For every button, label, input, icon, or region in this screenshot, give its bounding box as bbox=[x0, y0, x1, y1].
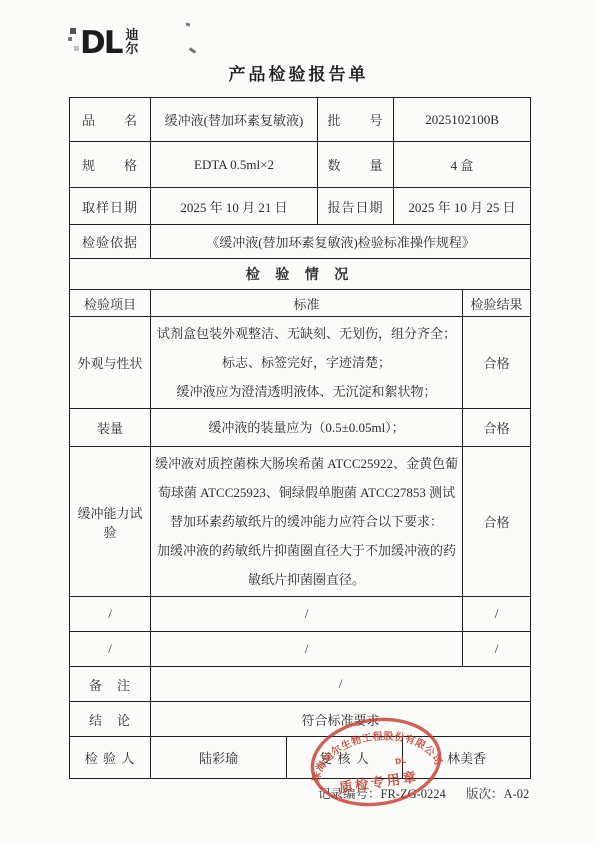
row-dates: 取样日期 2025 年 10 月 21 日 报告日期 2025 年 10 月 2… bbox=[70, 188, 531, 225]
scan-speck bbox=[189, 47, 196, 53]
item-result: / bbox=[463, 597, 531, 632]
qty-label: 数 量 bbox=[318, 142, 394, 188]
version-number: 版次：A-02 bbox=[466, 784, 529, 802]
item-standard: 缓冲液的装量应为（0.5±0.05ml）； bbox=[151, 409, 463, 447]
report-date-label: 报告日期 bbox=[318, 188, 394, 225]
spec-value: EDTA 0.5ml×2 bbox=[151, 142, 318, 188]
record-number: 记录编号：FR-ZG-0224 bbox=[318, 784, 446, 802]
section-title: 检 验 情 况 bbox=[70, 259, 531, 290]
sample-date-value: 2025 年 10 月 21 日 bbox=[151, 188, 318, 225]
item-standard: / bbox=[151, 632, 463, 667]
item-standard: 缓冲液对质控菌株大肠埃希菌 ATCC25922、金黄色葡萄球菌 ATCC2592… bbox=[151, 447, 463, 597]
logo-cn-bottom: 尔 bbox=[126, 42, 139, 56]
conclusion-label: 结 论 bbox=[70, 702, 151, 737]
batch-no-value: 2025102100B bbox=[394, 98, 531, 142]
table-row-empty-2: / / / bbox=[70, 632, 531, 667]
conclusion-value: 符合标准要求 bbox=[151, 702, 531, 737]
logo-dl-mark: DL bbox=[80, 26, 122, 60]
item-result: / bbox=[463, 632, 531, 667]
basis-value: 《缓冲液(替加环素复敏液)检验标准操作规程》 bbox=[151, 225, 531, 259]
batch-no-label: 批 号 bbox=[318, 98, 394, 142]
table-row-fill-volume: 装量 缓冲液的装量应为（0.5±0.05ml）； 合格 bbox=[70, 409, 531, 447]
row-conclusion: 结 论 符合标准要求 bbox=[70, 702, 531, 737]
product-name-label: 品 名 bbox=[70, 98, 151, 142]
row-product-batch: 品 名 缓冲液(替加环素复敏液) 批 号 2025102100B bbox=[70, 98, 531, 142]
logo-cn-top: 迪 bbox=[126, 28, 139, 42]
row-detail-header: 检验项目 标准 检验结果 bbox=[70, 290, 531, 317]
logo-chinese-name: 迪 尔 bbox=[126, 28, 139, 56]
remark-value: / bbox=[151, 667, 531, 702]
item-standard: 试剂盒包装外观整洁、无缺刻、无划伤，组分齐全； 标志、标签完好，字迹清楚； 缓冲… bbox=[151, 317, 463, 409]
row-remark: 备 注 / bbox=[70, 667, 531, 702]
item-name: 装量 bbox=[70, 409, 151, 447]
row-signoff: 检 验 人 陆彩瑜 复 核 人 林美香 bbox=[70, 737, 531, 779]
item-result: 合格 bbox=[463, 317, 531, 409]
inspector-label: 检 验 人 bbox=[70, 737, 151, 779]
reviewer-label: 复 核 人 bbox=[287, 737, 403, 779]
qty-value: 4 盒 bbox=[394, 142, 531, 188]
item-name: / bbox=[70, 632, 151, 667]
inspection-report-table: 品 名 缓冲液(替加环素复敏液) 批 号 2025102100B 规 格 EDT… bbox=[69, 97, 531, 779]
col-header-result: 检验结果 bbox=[463, 290, 531, 317]
row-section-header: 检 验 情 况 bbox=[70, 259, 531, 290]
logo-pixel-squares-icon bbox=[68, 26, 80, 60]
item-result: 合格 bbox=[463, 409, 531, 447]
col-header-item: 检验项目 bbox=[70, 290, 151, 317]
reviewer-name: 林美香 bbox=[403, 737, 531, 779]
report-date-value: 2025 年 10 月 25 日 bbox=[394, 188, 531, 225]
sample-date-label: 取样日期 bbox=[70, 188, 151, 225]
item-result: 合格 bbox=[463, 447, 531, 597]
product-name-value: 缓冲液(替加环素复敏液) bbox=[151, 98, 318, 142]
basis-label: 检验依据 bbox=[70, 225, 151, 259]
table-row-appearance: 外观与性状 试剂盒包装外观整洁、无缺刻、无划伤，组分齐全； 标志、标签完好，字迹… bbox=[70, 317, 531, 409]
table-row-empty-1: / / / bbox=[70, 597, 531, 632]
table-row-buffer-capacity: 缓冲能力试验 缓冲液对质控菌株大肠埃希菌 ATCC25922、金黄色葡萄球菌 A… bbox=[70, 447, 531, 597]
row-basis: 检验依据 《缓冲液(替加环素复敏液)检验标准操作规程》 bbox=[70, 225, 531, 259]
row-spec-qty: 规 格 EDTA 0.5ml×2 数 量 4 盒 bbox=[70, 142, 531, 188]
item-standard: / bbox=[151, 597, 463, 632]
item-name: 外观与性状 bbox=[70, 317, 151, 409]
col-header-standard: 标准 bbox=[151, 290, 463, 317]
spec-label: 规 格 bbox=[70, 142, 151, 188]
inspector-name: 陆彩瑜 bbox=[151, 737, 287, 779]
company-logo: DL 迪 尔 bbox=[68, 26, 139, 60]
scanned-report-page: DL 迪 尔 产品检验报告单 品 名 缓冲液(替加环素复敏液) 批 号 2025… bbox=[0, 0, 597, 843]
scan-speck bbox=[186, 22, 191, 26]
item-name: 缓冲能力试验 bbox=[70, 447, 151, 597]
item-name: / bbox=[70, 597, 151, 632]
page-title: 产品检验报告单 bbox=[0, 60, 597, 85]
remark-label: 备 注 bbox=[70, 667, 151, 702]
